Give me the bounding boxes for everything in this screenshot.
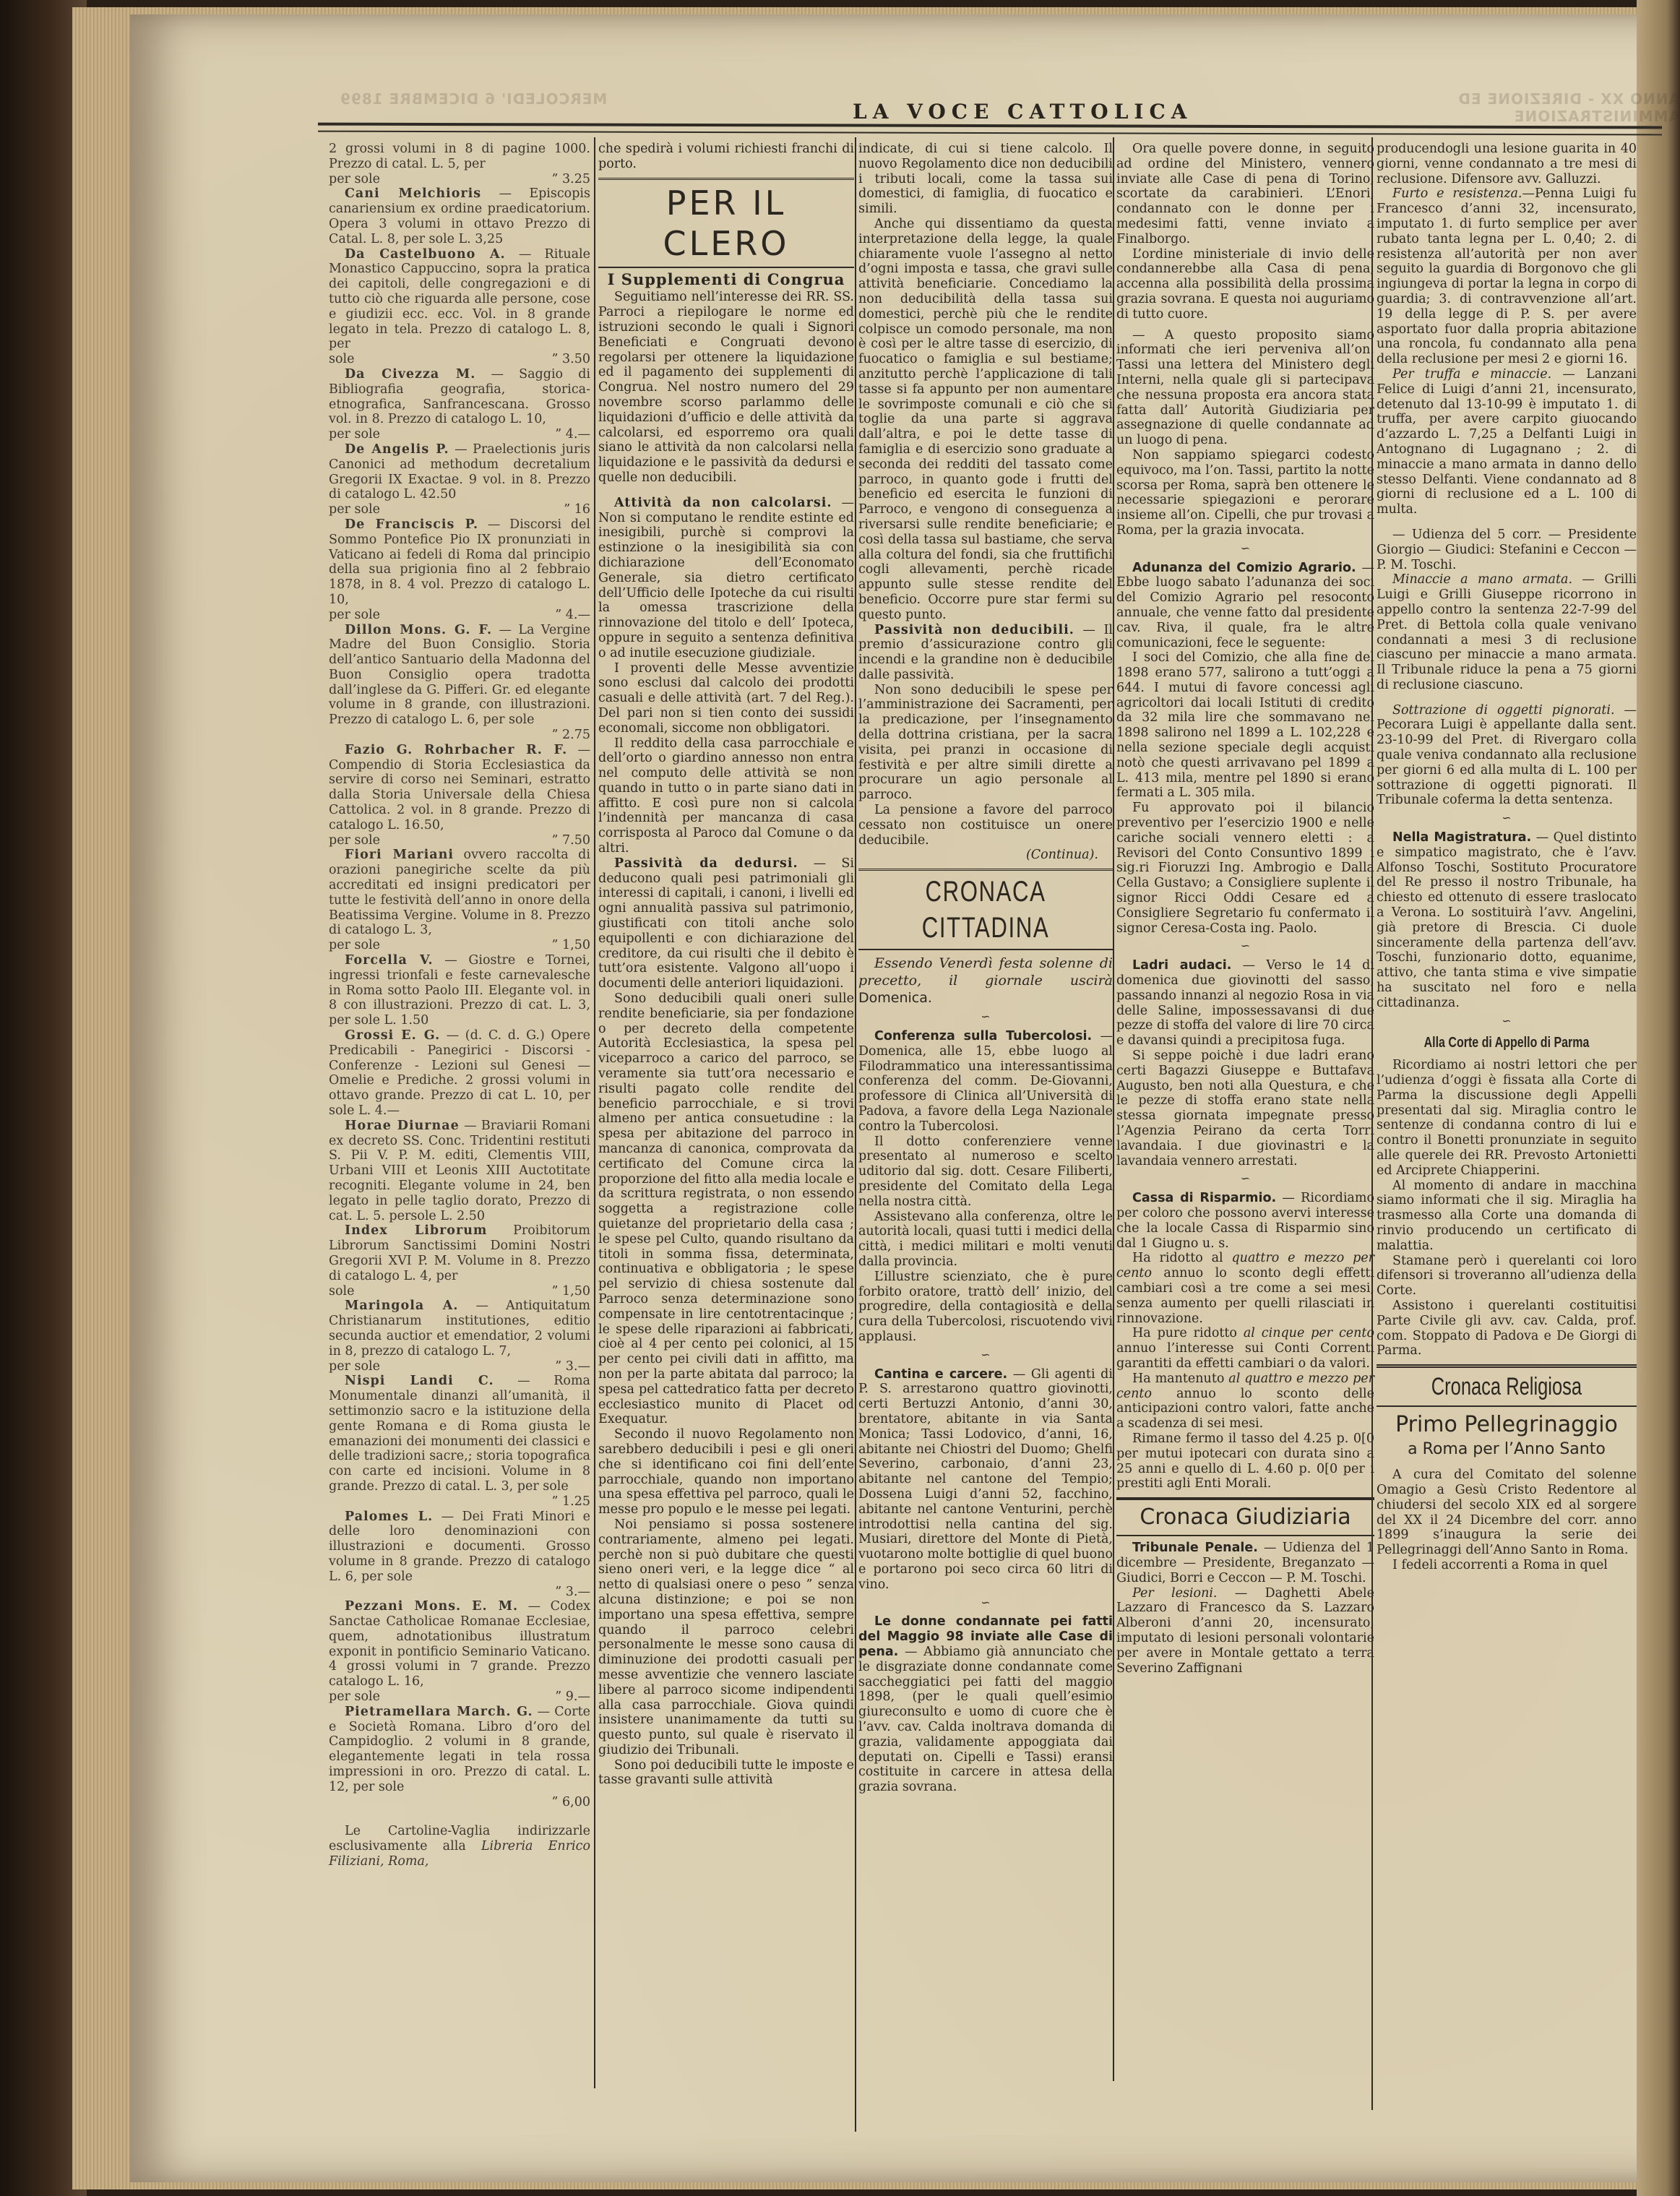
catalogue-price: ” 1.25 — [552, 1494, 590, 1510]
catalogue-entry: Pezzani Mons. E. M. — Codex Sanctae Cath… — [329, 1599, 590, 1689]
catalogue-price: ” 1,50 — [552, 938, 590, 953]
catalogue-entry-author: Index Librorum — [345, 1223, 487, 1238]
continued-marker: (Continua). — [858, 848, 1113, 863]
article-paragraph: I proventi delle Messe avventizie sono e… — [598, 661, 854, 736]
article-paragraph: Al momento di andare in macchina siamo i… — [1377, 1179, 1637, 1254]
catalogue-entry-author: Maringola A. — [345, 1299, 458, 1313]
article-paragraph: Noi pensiamo si possa sostenere contrari… — [598, 1517, 854, 1758]
catalogue-entry-author: Nispi Landi C. — [345, 1374, 494, 1388]
article-paragraph: I fedeli accorrenti a Roma in quel — [1377, 1558, 1637, 1573]
bleed-through-date: MERCOLEDI' 6 DICEMBRE 1899 — [340, 90, 607, 108]
ornament-divider: ∽ — [1377, 1014, 1637, 1029]
catalogue-price-line: per sole” 1,50 — [329, 938, 590, 953]
catalogue-price: ” 3.50 — [552, 352, 590, 367]
news-item: Sottrazione di oggetti pignorati. — Peco… — [1377, 703, 1637, 809]
catalogue-entry: Palomes L. — Dei Frati Minori e delle lo… — [329, 1510, 590, 1585]
catalogue-price-line: per sole” 3.— — [329, 1359, 590, 1374]
catalogue-entry-author: Dillon Mons. G. F. — [345, 623, 492, 637]
catalogue-entry-author: Pietramellara March. G. — [345, 1705, 533, 1719]
catalogue-entry: Fiori Mariani ovvero raccolta di orazion… — [329, 848, 590, 938]
news-item: Ladri audaci. — Verso le 14 di domenica … — [1116, 958, 1374, 1049]
news-item: Furto e resistenza.—Penna Luigi fu Franc… — [1377, 186, 1637, 367]
ornament-divider: ∽ — [858, 1596, 1113, 1611]
catalogue-price: ” 3.— — [555, 1359, 590, 1374]
section-title: CRONACA CITTADINA — [887, 874, 1085, 946]
news-item: Le donne condannate pei fatti del Maggio… — [858, 1614, 1113, 1795]
catalogue-entry: Cani Melchioris — Episcopis canariensium… — [329, 186, 590, 246]
catalogue-entry-author: Forcella V. — [345, 953, 434, 968]
catalogue-entry: Nispi Landi C. — Roma Monumentale dinanz… — [329, 1374, 590, 1494]
catalogue-price: ” 7.50 — [552, 833, 590, 848]
section-heading-cronaca-religiosa: Cronaca Religiosa — [1377, 1364, 1637, 1407]
article-paragraph: Ricordiamo ai nostri lettori che per l’u… — [1377, 1058, 1637, 1178]
column-per-il-clero: che spedirà i volumi richiesti franchi d… — [598, 142, 854, 1788]
news-item: Minaccie a mano armata. — Grilli Luigi e… — [1377, 572, 1637, 692]
article-paragraph: Attività da non calcolarsi. — Non si com… — [598, 496, 854, 661]
article-paragraph: L’illustre scienziato, che è pure forbit… — [858, 1270, 1113, 1345]
catalogue-entry-author: Fazio G. Rohrbacher R. F. — [345, 743, 567, 757]
catalogue-entry: Horae Diurnae — Braviarii Romani ex decr… — [329, 1119, 590, 1224]
catalogue-price: ” 9.— — [555, 1689, 590, 1705]
article-paragraph: Ha mantenuto al quattro e mezzo per cent… — [1116, 1372, 1374, 1431]
publication-notice: Essendo Venerdì festa solenne di precett… — [858, 955, 1113, 1007]
article-title-primo-pellegrinaggio: Primo Pellegrinaggio — [1377, 1411, 1637, 1439]
ornament-divider: ∽ — [1116, 1171, 1374, 1187]
catalogue-footer-note: Le Cartoline-Vaglia indirizzarle esclusi… — [329, 1824, 590, 1869]
section-title: PER IL CLERO — [663, 184, 790, 263]
catalogue-price-line: per sole” 16 — [329, 502, 590, 517]
ornament-divider: ∽ — [1116, 541, 1374, 556]
section-heading-per-il-clero: PER IL CLERO — [598, 178, 854, 268]
catalogue-list: Cani Melchioris — Episcopis canariensium… — [329, 186, 590, 1809]
article-paragraph: A cura del Comitato del solenne Omagio a… — [1377, 1468, 1637, 1558]
catalogue-entry: Pietramellara March. G. — Corte e Societ… — [329, 1705, 590, 1795]
section-heading-cronaca-cittadina: CRONACA CITTADINA — [858, 869, 1113, 950]
column-rule — [1113, 137, 1114, 2081]
ornament-divider: ∽ — [1116, 939, 1374, 954]
catalogue-price-line: sole” 3.50 — [329, 352, 590, 367]
article-paragraph: Assistevano alla conferenza, oltre le au… — [858, 1210, 1113, 1270]
article-paragraph: Sono poi deducibili tutte le imposte e t… — [598, 1758, 854, 1788]
catalogue-entry: Fazio G. Rohrbacher R. F. — Compendio di… — [329, 743, 590, 833]
catalogue-price-line: ” 6,00 — [329, 1795, 590, 1810]
hearing-header: — Udienza del 5 corr. — Presidente Giorg… — [1377, 528, 1637, 572]
news-item: Tribunale Penale. — Udienza del 1 dicemb… — [1116, 1541, 1374, 1585]
article-paragraph: Ha ridotto al quattro e mezzo per cento … — [1116, 1251, 1374, 1326]
news-item: Per truffa e minaccie. — Lanzani Felice … — [1377, 367, 1637, 517]
article-paragraph: Non sappiamo spiegarci codesto equivoco,… — [1116, 448, 1374, 538]
column-rule — [594, 137, 595, 2088]
section-heading-cronaca-giudiziaria: Cronaca Giudiziaria — [1116, 1497, 1374, 1536]
col2-intro: che spedirà i volumi richiesti franchi d… — [598, 142, 854, 172]
article-paragraph: indicate, di cui si tiene calcolo. Il nu… — [858, 142, 1113, 217]
section-title: Cronaca Giudiziaria — [1140, 1504, 1351, 1530]
article-paragraph: Ora quelle povere donne, in seguito ad o… — [1116, 142, 1374, 247]
catalogue-price-line: per sole” 4.— — [329, 608, 590, 623]
news-item: Nella Magistratura. — Quel distinto e si… — [1377, 830, 1637, 1011]
catalogue-price-line: sole” 1,50 — [329, 1284, 590, 1299]
catalogue-price: ” 4.— — [555, 427, 590, 442]
catalogue-entry-author: Cani Melchioris — [345, 186, 481, 201]
ornament-divider: ∽ — [1377, 811, 1637, 826]
catalogue-entry-author: De Angelis P. — [345, 442, 449, 457]
article-paragraph: Sono deducibili quali oneri sulle rendit… — [598, 991, 854, 1427]
catalogue-entry: Dillon Mons. G. F. — La Vergine Madre de… — [329, 623, 590, 728]
article-paragraph: Fu approvato poi il bilancio preventivo … — [1116, 801, 1374, 936]
catalogue-price: ” 6,00 — [552, 1795, 590, 1810]
article-paragraph: Anche qui dissentiamo da questa interpre… — [858, 217, 1113, 623]
catalogue-entry-author: Horae Diurnae — [345, 1119, 460, 1133]
article-paragraph: Secondo il nuovo Regolamento non sarebbe… — [598, 1427, 854, 1517]
article-subtitle: a Roma per l’Anno Santo — [1377, 1439, 1637, 1460]
article-paragraph: Passività da dedursi. — Si deducono qual… — [598, 856, 854, 991]
ornament-divider: ∽ — [858, 1009, 1113, 1025]
catalogue-entry: Grossi E. G. — (d. C. d. G.) Opere Predi… — [329, 1028, 590, 1119]
article-paragraph: Il dotto conferenziere venne presentato … — [858, 1134, 1113, 1210]
catalogue-price-line: per sole” 7.50 — [329, 833, 590, 848]
article-paragraph: Si seppe poichè i due ladri erano certi … — [1116, 1049, 1374, 1168]
catalogue-price: ” 16 — [564, 502, 590, 517]
catalogue-price: ” 1,50 — [552, 1284, 590, 1299]
article-paragraph: Il reddito della casa parrocchiale e del… — [598, 736, 854, 856]
catalogue-entry: De Angelis P. — Praelectionis juris Cano… — [329, 442, 590, 502]
catalogue-entry-author: Grossi E. G. — [345, 1028, 440, 1043]
article-paragraph: Ha pure ridotto al cinque per cento annu… — [1116, 1326, 1374, 1371]
article-paragraph: Assistono i querelanti costituitisi Part… — [1377, 1299, 1637, 1358]
catalogue-intro: 2 grossi volumi in 8 di pagine 1000. Pre… — [329, 142, 590, 172]
catalogue-entry: Da Civezza M. — Saggio di Bibliografia g… — [329, 367, 590, 427]
catalogue-entry-author: Palomes L. — [345, 1510, 433, 1524]
article-paragraph: — A questo proposito siamo informati che… — [1116, 328, 1374, 448]
catalogue-price: ” 3.— — [555, 1585, 590, 1600]
catalogue-entry-author: Da Castelbuono A. — [345, 247, 506, 262]
news-item: Cassa di Risparmio. — Ricordiamo per col… — [1116, 1191, 1374, 1251]
article-title-corte-appello: Alla Corte di Appello di Parma — [1403, 1035, 1611, 1051]
catalogue-price-line: ” 2.75 — [329, 728, 590, 743]
article-paragraph: La pensione a favore del parroco cessato… — [858, 803, 1113, 848]
news-item: Conferenza sulla Tubercolosi. — Domenica… — [858, 1029, 1113, 1134]
article-paragraph: I soci del Comizio, che alla fine del 18… — [1116, 650, 1374, 801]
article-paragraph: L’ordine ministeriale di invio delle con… — [1116, 247, 1374, 322]
catalogue-price-line: per sole” 4.— — [329, 427, 590, 442]
article-paragraph: Stamane però i querelanti coi loro difen… — [1377, 1254, 1637, 1299]
catalogue-entry-author: De Franciscis P. — [345, 517, 478, 532]
right-page-edge — [1637, 0, 1680, 2196]
catalogue-price-line: ” 3.— — [329, 1585, 590, 1600]
catalogue-entry-text: — Braviarii Romani ex decreto SS. Conc. … — [329, 1119, 590, 1223]
catalogue-price-line: ” 1.25 — [329, 1494, 590, 1510]
catalogue-entry-text: — Roma Monumentale dinanzi all’umanità, … — [329, 1374, 590, 1494]
catalogue-entry: Da Castelbuono A. — Rituale Monastico Ca… — [329, 247, 590, 353]
catalogue-entry-author: Pezzani Mons. E. M. — [345, 1599, 518, 1614]
newspaper-title: LA VOCE CATTOLICA — [853, 100, 1193, 124]
catalogue-entry: Index Librorum Proibitorum Librorum Sanc… — [329, 1223, 590, 1283]
column-book-catalogue: 2 grossi volumi in 8 di pagine 1000. Pre… — [329, 142, 590, 1869]
catalogue-entry-text: — Rituale Monastico Cappuccino, sopra la… — [329, 247, 590, 352]
news-item: Cantina e carcere. — Gli agenti di P. S.… — [858, 1367, 1113, 1593]
column-rule — [855, 137, 856, 2132]
catalogue-price-line: per sole” 9.— — [329, 1689, 590, 1705]
column-cronaca-giudiziaria: Ora quelle povere donne, in seguito ad o… — [1116, 142, 1374, 1676]
article-paragraph: producendogli una lesione guarita in 40 … — [1377, 142, 1637, 186]
news-item: Per lesioni. — Daghetti Abele Lazzaro di… — [1116, 1586, 1374, 1676]
catalogue-price: ” 4.— — [555, 608, 590, 623]
article-title: I Supplementi di Congrua — [598, 272, 854, 288]
catalogue-entry-text: — La Vergine Madre del Buon Consiglio. S… — [329, 623, 590, 728]
catalogue-entry: De Franciscis P. — Discorsi del Sommo Po… — [329, 517, 590, 608]
catalogue-entry: Maringola A. — Antiquitatum Christianaru… — [329, 1299, 590, 1358]
article-paragraph: Passività non deducibili. — Il premio d’… — [858, 623, 1113, 683]
catalogue-entry-author: Da Civezza M. — [345, 367, 475, 382]
catalogue-price: ” 2.75 — [552, 728, 590, 743]
bleed-through-header: ANNO XX - DIREZIONE ED AMMINISTRAZIONE — [1387, 90, 1680, 125]
price-line: per sole” 3.25 — [329, 172, 590, 187]
section-title: Cronaca Religiosa — [1431, 1371, 1582, 1403]
article-paragraph: Seguitiamo nell’interesse dei RR. SS. Pa… — [598, 290, 854, 485]
catalogue-entry: Forcella V. — Giostre e Tornei, ingressi… — [329, 953, 590, 1028]
catalogue-entry-author: Fiori Mariani — [345, 848, 454, 862]
news-item: Adunanza del Comizio Agrario. — Ebbe luo… — [1116, 561, 1374, 651]
column-cronaca-cittadina: indicate, di cui si tiene calcolo. Il nu… — [858, 142, 1113, 1795]
article-paragraph: Non sono deducibili le spese per l’ammin… — [858, 683, 1113, 803]
ornament-divider: ∽ — [858, 1348, 1113, 1363]
article-paragraph: Rimane fermo il tasso del 4.25 p. 0[0 pe… — [1116, 1431, 1374, 1491]
column-cronaca-religiosa: producendogli una lesione guarita in 40 … — [1377, 142, 1637, 1573]
